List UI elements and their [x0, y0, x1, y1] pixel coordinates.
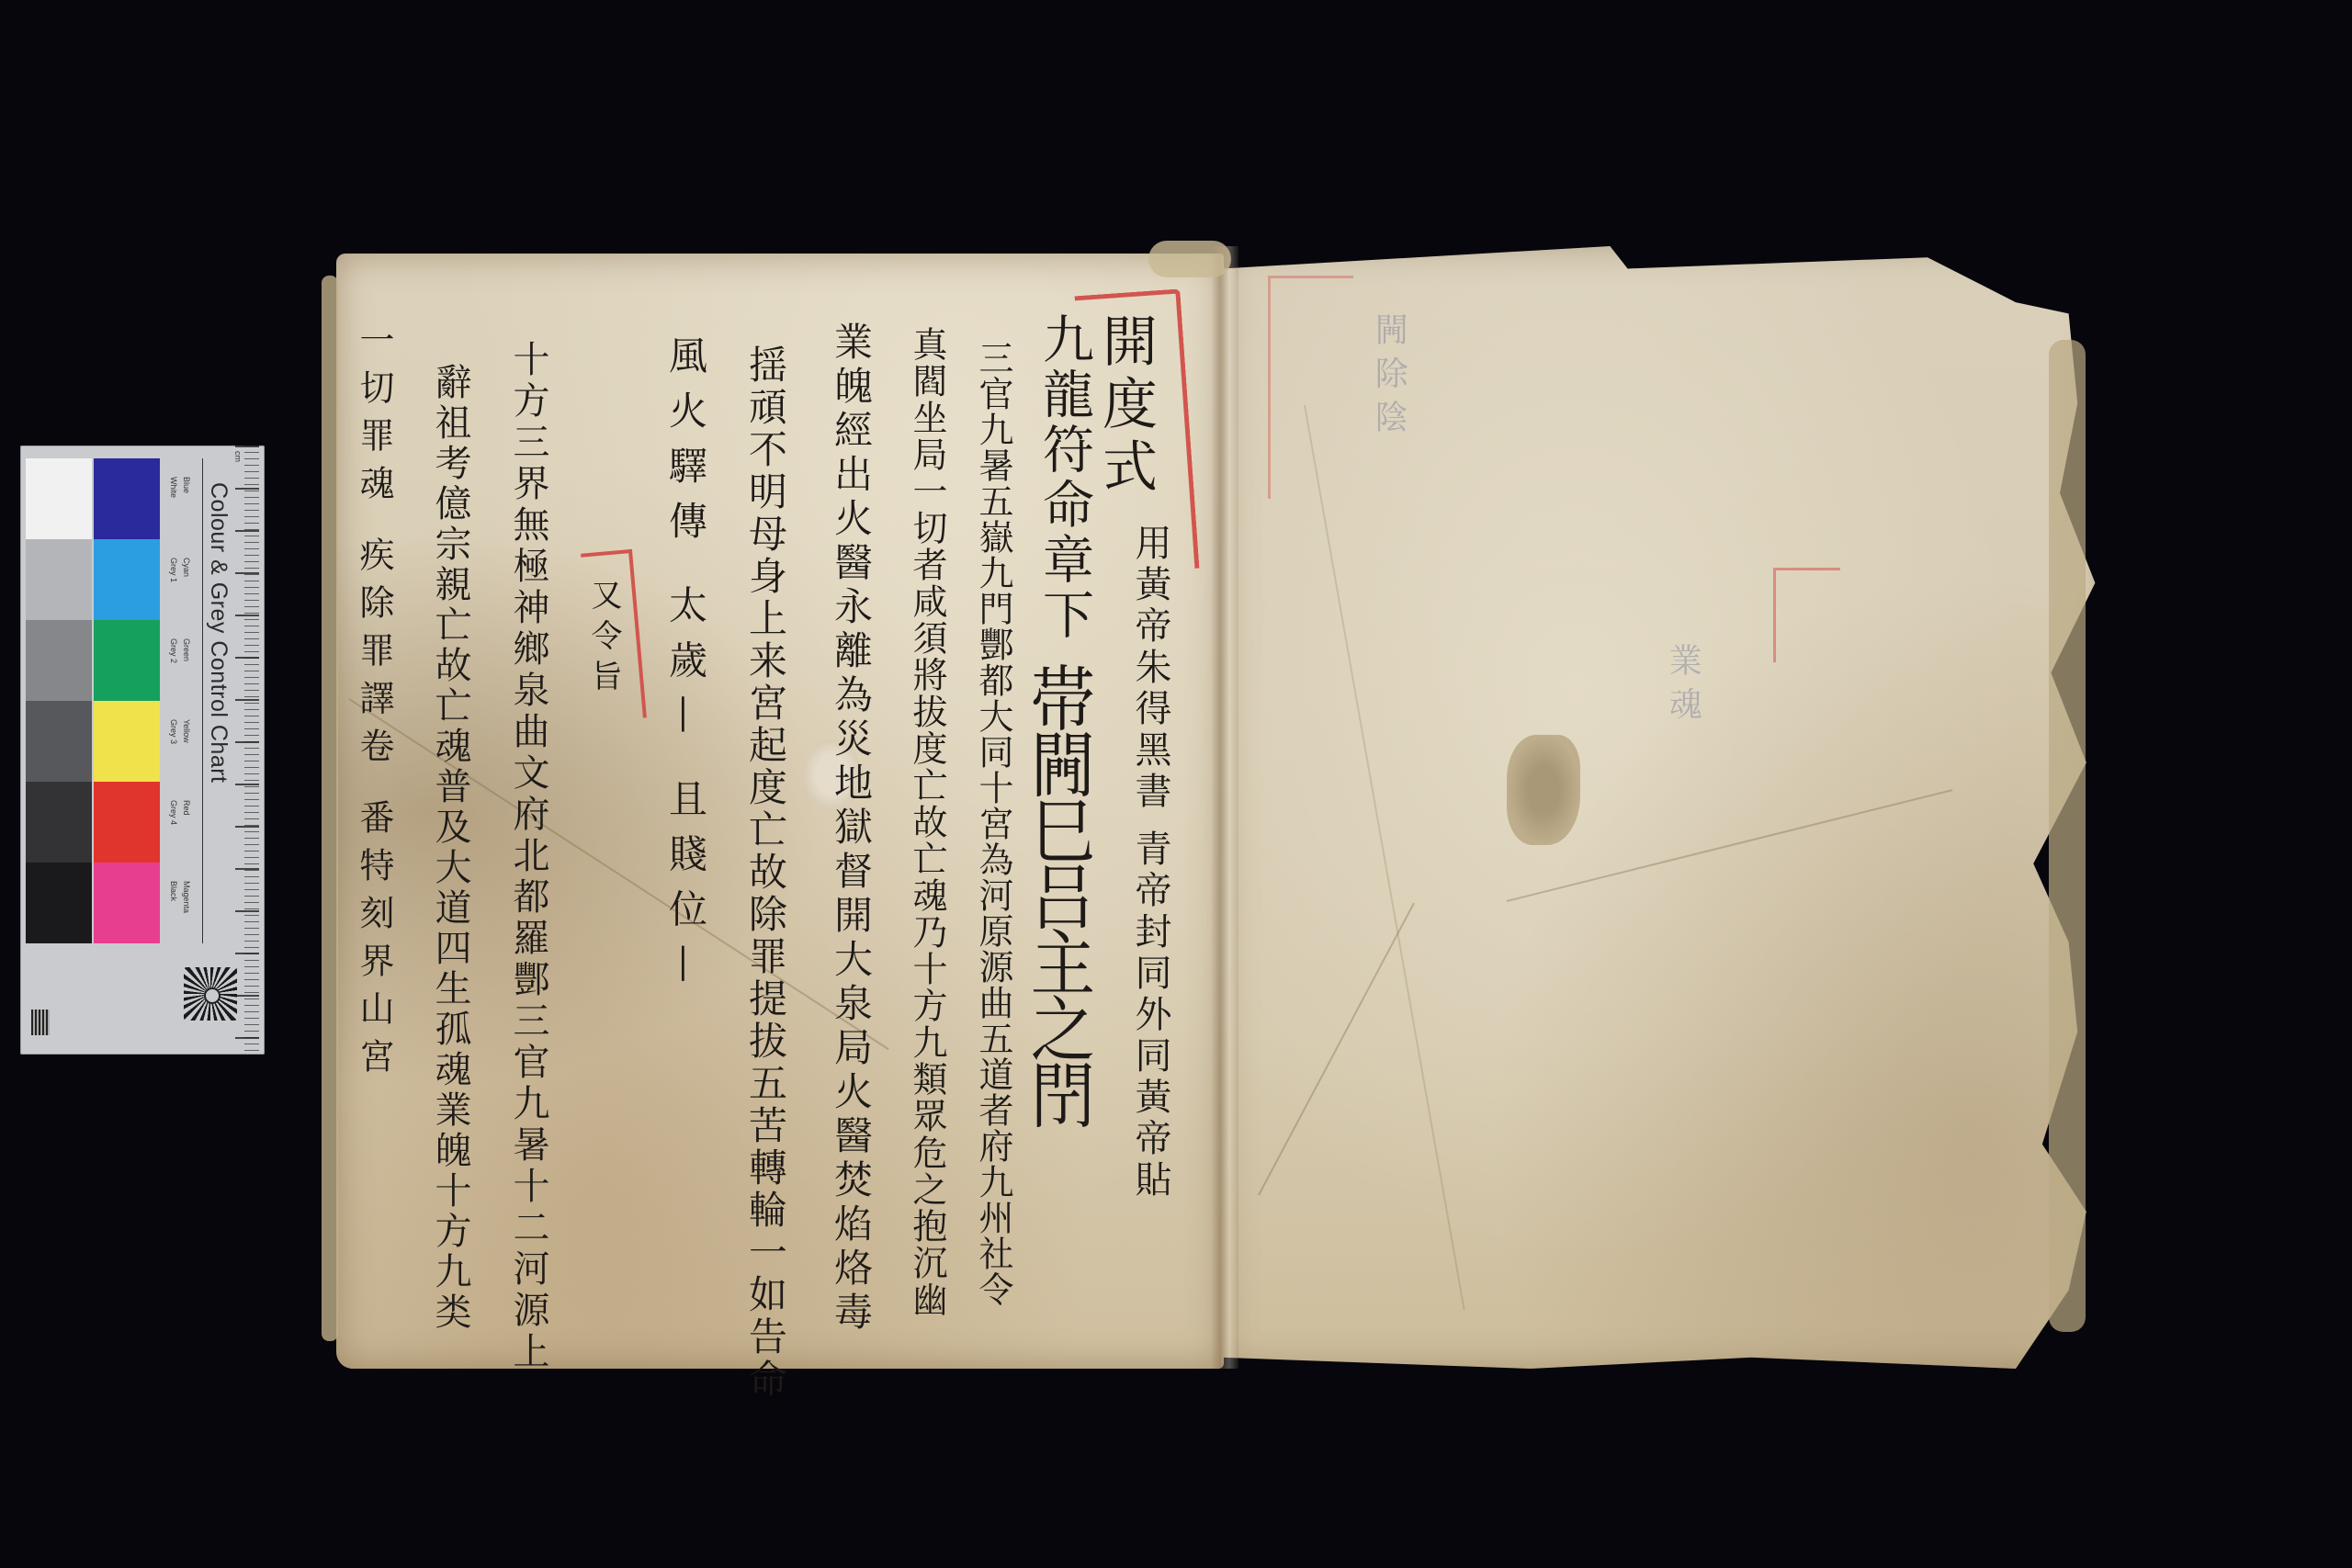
frayed-edge [2049, 340, 2086, 1332]
column-talisman-heading: 九龍符命章下 [1038, 312, 1090, 643]
right-page [1222, 246, 2104, 1369]
paper-hole [1507, 735, 1580, 845]
column-text: 真閻坐局一切者咸須將拔度亡故亡魂乃十方九類眾危之抱沉幽 [910, 326, 944, 1318]
column-text: 辭祖考億宗親亡故亡魂普及大道四生孤魂業魄十方九类 [432, 363, 469, 1333]
column-text: 風火驛傳 太歲— 且賤位— [666, 335, 705, 999]
page-fold [1211, 246, 1238, 1369]
red-bracket-faint [1773, 568, 1840, 662]
frayed-edge [322, 276, 338, 1341]
column-title: 開度式 [1098, 312, 1153, 500]
talisman-glyph: 帯闁巳吕主之閅 [1037, 661, 1103, 1203]
column-instruction: 用黃帝朱得黑書 青帝封同外同黃帝貼 [1132, 524, 1169, 1201]
column-text: 十方三界無極神鄉泉曲文府北都羅酆三官九暑十二河源上 [510, 340, 547, 1373]
column-text: 三官九暑五嶽九門酆都大同十宮為河原源曲五道者府九州社令 [976, 340, 1011, 1307]
frayed-edge [1148, 241, 1231, 277]
red-bracket-faint [1268, 276, 1353, 499]
faded-column: 闁 除 陰 [1369, 312, 1408, 433]
column-subheading: 又令旨 [588, 579, 619, 700]
column-text: 揺頑不明母身上来宮起度亡故除罪提拔五苦轉輪一如告命 [746, 344, 785, 1401]
faded-column: 業 魂 [1663, 643, 1702, 719]
column-text: 一切罪魂 疾除罪譯卷 番特刻界山宮 [356, 321, 391, 1086]
manuscript: 闁 除 陰 業 魂 開度式 用黃帝朱得黑書 青帝封同外同黃帝貼 九龍符命章下 帯… [0, 0, 2352, 1568]
column-text: 業魄經出火醫永離為災地獄督開大泉局火醫焚焰烙毒 [831, 321, 870, 1336]
